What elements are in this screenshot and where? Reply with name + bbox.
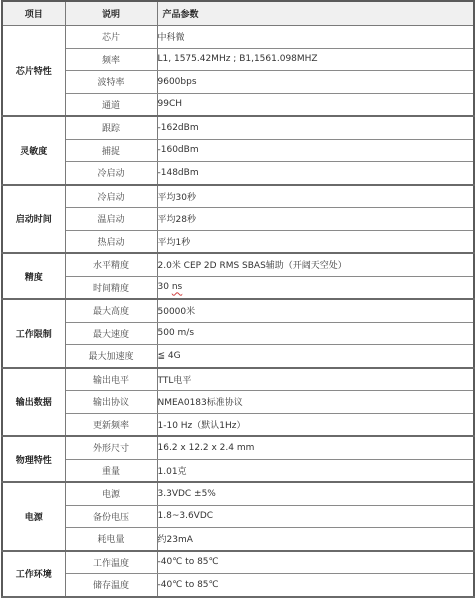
row-label: 储存温度 xyxy=(65,574,157,589)
table-row: 温启动 平均28秒 xyxy=(2,208,474,231)
group-label: 灵敏度 xyxy=(2,116,65,185)
value-number: 30 xyxy=(158,282,172,292)
table-row: 芯片特性 芯片 中科微 xyxy=(2,26,474,49)
row-value: 约23mA xyxy=(157,528,474,551)
row-label: 频率 xyxy=(65,48,157,71)
row-label: 电源 xyxy=(65,482,157,505)
row-label: 更新频率 xyxy=(65,413,157,436)
table-row: 波特率 9600bps xyxy=(2,71,474,94)
group-label: 工作环境 xyxy=(2,551,65,589)
row-label: 水平精度 xyxy=(65,253,157,276)
table-row: 输出协议 NMEA0183标准协议 xyxy=(2,391,474,414)
group-startup-time: 启动时间 冷启动 平均30秒 温启动 平均28秒 热启动 平均1秒 xyxy=(2,185,474,254)
table-row: 最大加速度 ≦ 4G xyxy=(2,345,474,368)
group-physical-features: 物理特性 外形尺寸 16.2 x 12.2 x 2.4 mm 重量 1.01克 xyxy=(2,436,474,482)
row-label: 温启动 xyxy=(65,208,157,231)
row-value: 9600bps xyxy=(157,71,474,94)
table-row: 冷启动 -148dBm xyxy=(2,162,474,185)
row-label: 冷启动 xyxy=(65,185,157,208)
header-description: 说明 xyxy=(65,1,157,26)
row-value: -40℃ to 85℃ xyxy=(157,574,474,589)
spec-table: 项目 说明 产品参数 芯片特性 芯片 中科微 频率 L1, 1575.42MHz… xyxy=(1,0,475,588)
table-row: 热启动 平均1秒 xyxy=(2,230,474,253)
table-row: 捕捉 -160dBm xyxy=(2,139,474,162)
group-operating-environment: 工作环境 工作温度 -40℃ to 85℃ 储存温度 -40℃ to 85℃ xyxy=(2,551,474,589)
row-label: 备份电压 xyxy=(65,505,157,528)
row-value: -148dBm xyxy=(157,162,474,185)
row-label: 冷启动 xyxy=(65,162,157,185)
row-value: 平均28秒 xyxy=(157,208,474,231)
row-value: -162dBm xyxy=(157,116,474,139)
row-value: 50000米 xyxy=(157,299,474,322)
table-row: 储存温度 -40℃ to 85℃ xyxy=(2,574,474,589)
row-value: NMEA0183标准协议 xyxy=(157,391,474,414)
table-row: 物理特性 外形尺寸 16.2 x 12.2 x 2.4 mm xyxy=(2,436,474,459)
table-row: 启动时间 冷启动 平均30秒 xyxy=(2,185,474,208)
table-row: 更新频率 1-10 Hz（默认1Hz） xyxy=(2,413,474,436)
row-value: 1.8~3.6VDC xyxy=(157,505,474,528)
row-value: 3.3VDC ±5% xyxy=(157,482,474,505)
row-value: 16.2 x 12.2 x 2.4 mm xyxy=(157,436,474,459)
row-label: 芯片 xyxy=(65,26,157,49)
row-value: 平均30秒 xyxy=(157,185,474,208)
group-label: 启动时间 xyxy=(2,185,65,254)
spellcheck-underlined-unit: ns xyxy=(172,282,182,292)
row-value: -40℃ to 85℃ xyxy=(157,551,474,574)
table-row: 耗电量 约23mA xyxy=(2,528,474,551)
row-value: 中科微 xyxy=(157,26,474,49)
group-chip-features: 芯片特性 芯片 中科微 频率 L1, 1575.42MHz ; B1,1561.… xyxy=(2,26,474,117)
row-value: 2.0米 CEP 2D RMS SBAS辅助（开阔天空处） xyxy=(157,253,474,276)
row-label: 输出电平 xyxy=(65,368,157,391)
row-label: 最大速度 xyxy=(65,322,157,345)
row-label: 最大高度 xyxy=(65,299,157,322)
group-label: 工作限制 xyxy=(2,299,65,368)
table-row: 工作限制 最大高度 50000米 xyxy=(2,299,474,322)
row-value: 平均1秒 xyxy=(157,230,474,253)
row-label: 耗电量 xyxy=(65,528,157,551)
group-label: 物理特性 xyxy=(2,436,65,482)
table-row: 时间精度 30 ns xyxy=(2,276,474,299)
table-row: 频率 L1, 1575.42MHz ; B1,1561.098MHZ xyxy=(2,48,474,71)
group-accuracy: 精度 水平精度 2.0米 CEP 2D RMS SBAS辅助（开阔天空处） 时间… xyxy=(2,253,474,299)
row-label: 热启动 xyxy=(65,230,157,253)
header-parameters: 产品参数 xyxy=(157,1,474,26)
group-label: 精度 xyxy=(2,253,65,299)
row-value: 1-10 Hz（默认1Hz） xyxy=(157,413,474,436)
row-label: 跟踪 xyxy=(65,116,157,139)
table-row: 工作环境 工作温度 -40℃ to 85℃ xyxy=(2,551,474,574)
table-row: 备份电压 1.8~3.6VDC xyxy=(2,505,474,528)
row-value: L1, 1575.42MHz ; B1,1561.098MHZ xyxy=(157,48,474,71)
row-label: 最大加速度 xyxy=(65,345,157,368)
row-label: 通道 xyxy=(65,93,157,116)
group-label: 输出数据 xyxy=(2,368,65,437)
table-row: 通道 99CH xyxy=(2,93,474,116)
row-value: 1.01克 xyxy=(157,459,474,482)
row-label: 输出协议 xyxy=(65,391,157,414)
row-value: 30 ns xyxy=(157,276,474,299)
group-power: 电源 电源 3.3VDC ±5% 备份电压 1.8~3.6VDC 耗电量 约23… xyxy=(2,482,474,551)
row-label: 时间精度 xyxy=(65,276,157,299)
table-row: 最大速度 500 m/s xyxy=(2,322,474,345)
header-item: 项目 xyxy=(2,1,65,26)
row-value: -160dBm xyxy=(157,139,474,162)
row-label: 外形尺寸 xyxy=(65,436,157,459)
row-label: 重量 xyxy=(65,459,157,482)
group-operating-limits: 工作限制 最大高度 50000米 最大速度 500 m/s 最大加速度 ≦ 4G xyxy=(2,299,474,368)
group-sensitivity: 灵敏度 跟踪 -162dBm 捕捉 -160dBm 冷启动 -148dBm xyxy=(2,116,474,185)
row-value: TTL电平 xyxy=(157,368,474,391)
table-row: 重量 1.01克 xyxy=(2,459,474,482)
table-row: 灵敏度 跟踪 -162dBm xyxy=(2,116,474,139)
table-row: 精度 水平精度 2.0米 CEP 2D RMS SBAS辅助（开阔天空处） xyxy=(2,253,474,276)
row-value: 99CH xyxy=(157,93,474,116)
row-value: ≦ 4G xyxy=(157,345,474,368)
table-row: 电源 电源 3.3VDC ±5% xyxy=(2,482,474,505)
row-label: 波特率 xyxy=(65,71,157,94)
group-output-data: 输出数据 输出电平 TTL电平 输出协议 NMEA0183标准协议 更新频率 1… xyxy=(2,368,474,437)
row-label: 工作温度 xyxy=(65,551,157,574)
row-label: 捕捉 xyxy=(65,139,157,162)
table-header-row: 项目 说明 产品参数 xyxy=(2,1,474,26)
group-label: 电源 xyxy=(2,482,65,551)
row-value: 500 m/s xyxy=(157,322,474,345)
table-row: 输出数据 输出电平 TTL电平 xyxy=(2,368,474,391)
group-label: 芯片特性 xyxy=(2,26,65,117)
